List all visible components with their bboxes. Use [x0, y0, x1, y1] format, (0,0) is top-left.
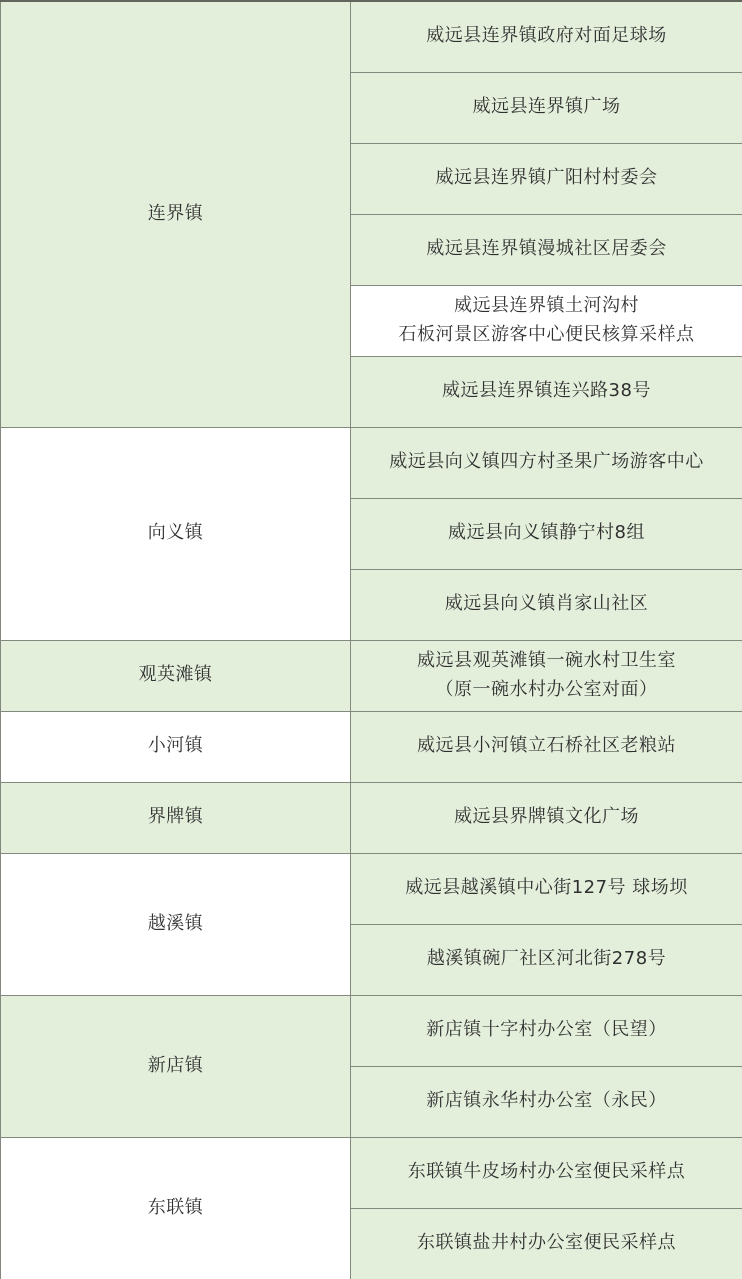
- table-row: 东联镇东联镇牛皮场村办公室便民采样点: [1, 1137, 742, 1208]
- table-row: 新店镇新店镇十字村办公室（民望）: [1, 995, 742, 1066]
- table-row: 越溪镇威远县越溪镇中心街127号 球场坝: [1, 853, 742, 924]
- site-cell: 威远县连界镇广阳村村委会: [351, 143, 742, 214]
- town-cell: 小河镇: [1, 711, 351, 782]
- town-cell: 观英滩镇: [1, 640, 351, 711]
- sampling-table-page: { "table": { "columns": ["town", "site"]…: [0, 0, 742, 1279]
- town-cell: 连界镇: [1, 1, 351, 427]
- site-cell: 东联镇盐井村办公室便民采样点: [351, 1208, 742, 1279]
- site-cell: 威远县连界镇广场: [351, 72, 742, 143]
- table-row: 小河镇威远县小河镇立石桥社区老粮站: [1, 711, 742, 782]
- site-cell: 威远县连界镇土河沟村 石板河景区游客中心便民核算采样点: [351, 285, 742, 356]
- site-cell: 威远县连界镇连兴路38号: [351, 356, 742, 427]
- site-cell: 威远县观英滩镇一碗水村卫生室 （原一碗水村办公室对面）: [351, 640, 742, 711]
- town-cell: 界牌镇: [1, 782, 351, 853]
- site-cell: 威远县向义镇静宁村8组: [351, 498, 742, 569]
- table-row: 界牌镇威远县界牌镇文化广场: [1, 782, 742, 853]
- site-cell: 威远县连界镇政府对面足球场: [351, 1, 742, 72]
- table-row: 连界镇威远县连界镇政府对面足球场: [1, 1, 742, 72]
- site-cell: 威远县向义镇四方村圣果广场游客中心: [351, 427, 742, 498]
- sampling-points-table: 连界镇威远县连界镇政府对面足球场威远县连界镇广场威远县连界镇广阳村村委会威远县连…: [0, 0, 742, 1279]
- site-cell: 越溪镇碗厂社区河北街278号: [351, 924, 742, 995]
- town-cell: 新店镇: [1, 995, 351, 1137]
- site-cell: 新店镇永华村办公室（永民）: [351, 1066, 742, 1137]
- town-cell: 向义镇: [1, 427, 351, 640]
- town-cell: 东联镇: [1, 1137, 351, 1279]
- site-cell: 东联镇牛皮场村办公室便民采样点: [351, 1137, 742, 1208]
- site-cell: 威远县向义镇肖家山社区: [351, 569, 742, 640]
- site-cell: 威远县连界镇漫城社区居委会: [351, 214, 742, 285]
- site-cell: 威远县界牌镇文化广场: [351, 782, 742, 853]
- site-cell: 威远县越溪镇中心街127号 球场坝: [351, 853, 742, 924]
- table-row: 向义镇威远县向义镇四方村圣果广场游客中心: [1, 427, 742, 498]
- table-row: 观英滩镇威远县观英滩镇一碗水村卫生室 （原一碗水村办公室对面）: [1, 640, 742, 711]
- town-cell: 越溪镇: [1, 853, 351, 995]
- table-body: 连界镇威远县连界镇政府对面足球场威远县连界镇广场威远县连界镇广阳村村委会威远县连…: [1, 1, 742, 1279]
- site-cell: 威远县小河镇立石桥社区老粮站: [351, 711, 742, 782]
- site-cell: 新店镇十字村办公室（民望）: [351, 995, 742, 1066]
